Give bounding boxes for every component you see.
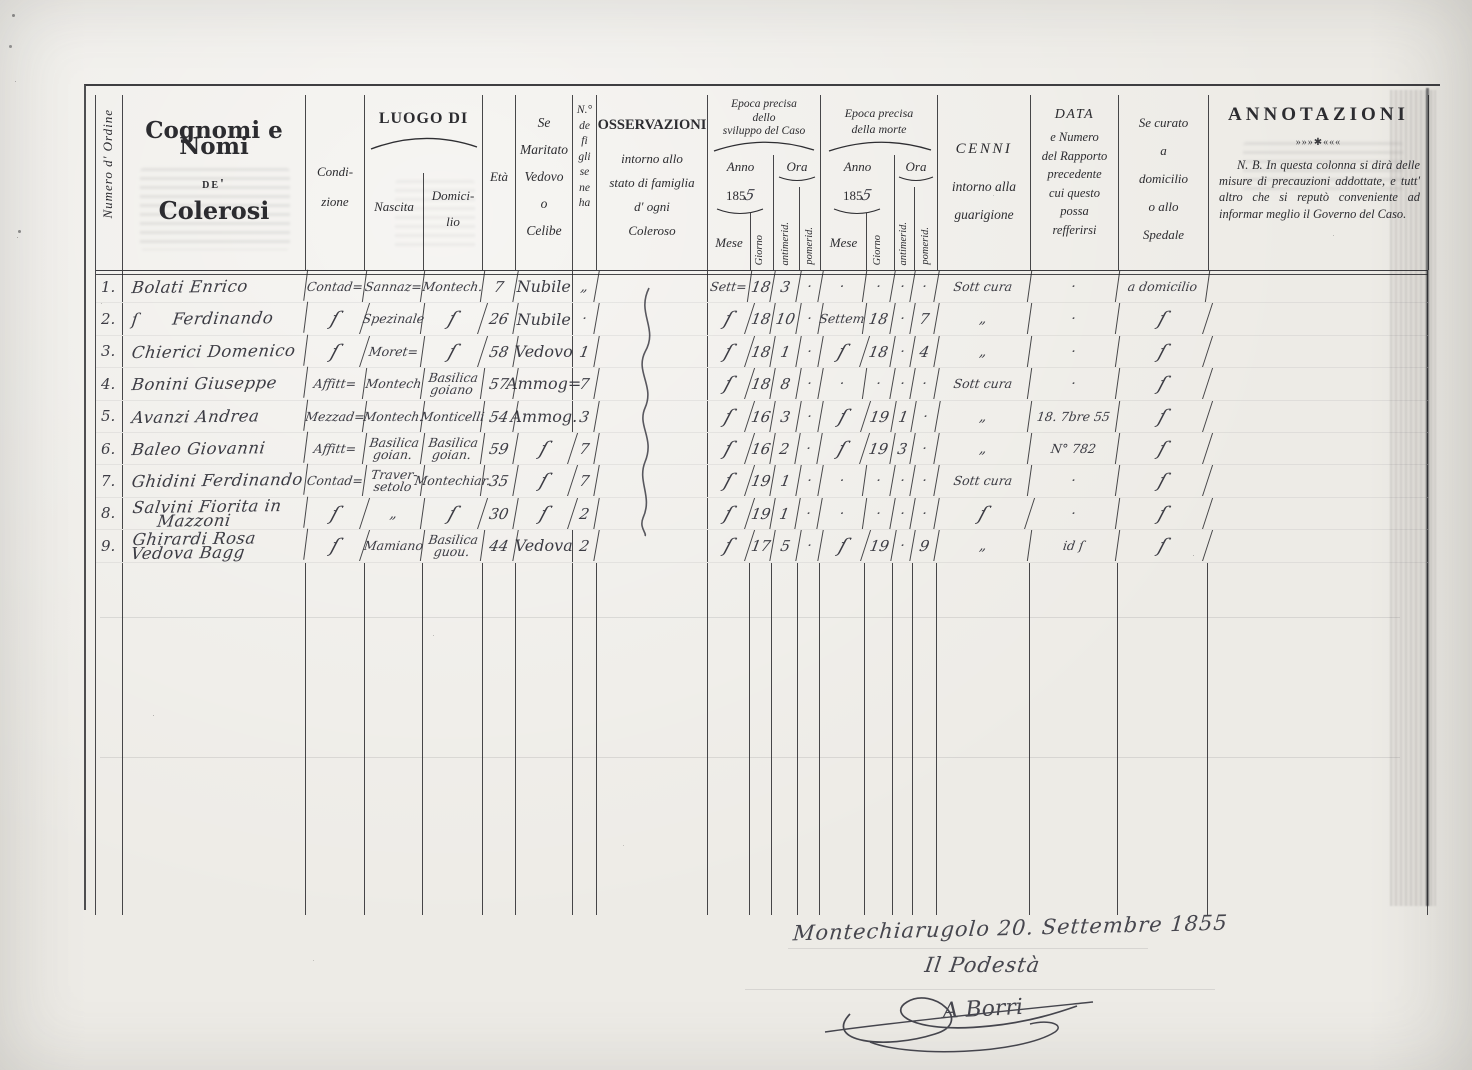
cell-cond: Mezzad= [304,401,367,432]
cell-ann [1208,401,1428,432]
divider [894,155,895,270]
cell-rap: · [1028,498,1120,529]
cell-name: Ghidini Ferdinando [121,464,308,498]
cell-nasc: Mamiano [363,530,425,561]
cell-mm: · [818,498,867,529]
cell-n: 4. [96,368,123,399]
col-stato-civile: Se Maritato Vedovo o Celibe [516,95,573,270]
figli-label: N.° de fi gli se ne ha [573,103,596,212]
cell-stato: ſ [511,433,578,464]
cell-sm: ſ [702,336,754,367]
cell-stato: Nubile [516,303,573,334]
data-title: DATA [1031,107,1118,123]
morte-antimerid-label: antimerid. [898,222,909,265]
empty-column [937,563,1030,915]
sviluppo-pomerid-label: pomerid. [804,227,815,265]
cell-stato: Vedovo [516,336,573,367]
cell-eta: 26 [480,303,519,334]
col-cenni: CENNI intorno alla guarigione [938,95,1031,270]
cell-cur: ſ [1113,498,1213,529]
signature-name: A Borri [940,995,1024,1024]
sviluppo-title: Epoca precisa dello sviluppo del Caso [708,98,820,139]
cell-rap: · [1028,303,1120,334]
cell-stato: Ammog= [516,368,573,399]
luogo-title: LUOGO DI [365,111,482,127]
cell-cond: Affitt= [304,433,367,464]
colgroup-epoca-sviluppo: Epoca precisa dello sviluppo del Caso An… [708,95,821,270]
col-condizione: Condi- zione [306,95,365,270]
empty-column [772,563,798,915]
cell-nasc: Spezinale [363,303,425,334]
cell-figli: · [570,303,600,334]
colgroup-epoca-morte: Epoca precisa della morte Anno Ora 1855 … [821,95,938,270]
cell-rap: id ſ [1028,530,1120,561]
luogo-brace [369,135,479,151]
empty-column [1030,563,1118,915]
scanned-register-page: Numero d' Ordine Cognomi e Nomi de' Cole… [0,0,1472,1070]
table-row: 2.ſ FerdinandoſSpezinaleſ26Nubile·ſ1810·… [96,303,1428,335]
empty-column [123,563,306,915]
cell-sm: ſ [702,433,754,464]
cell-cenni: ſ [932,498,1035,529]
cell-dom: ſ [418,498,488,529]
osservazioni-title: OSSERVAZIONI [597,117,707,133]
colgroup-luogo: LUOGO DI Nascita Domici- lio [365,95,483,270]
cell-figli: 3 [570,401,600,432]
col-eta: Età [483,95,516,270]
cell-cond: Affitt= [304,368,367,399]
cell-sm: ſ [702,498,754,529]
cell-cenni: Sott cura [935,271,1032,302]
cell-cenni: Sott cura [935,465,1032,496]
morte-brace [827,139,933,153]
cell-ann [1208,465,1428,496]
cell-dom: Basilica goiano [421,368,485,399]
table-body: 1.Bolati EnricoContad=Sannaz=Montech.7Nu… [96,271,1428,563]
cell-cur: ſ [1113,368,1213,399]
cell-nasc: Montech. [363,401,425,432]
empty-column [750,563,773,915]
cell-figli: 7 [570,368,600,399]
divider [799,187,800,270]
col-numero-figli: N.° de fi gli se ne ha [573,95,597,270]
cell-cond: ſ [301,303,370,334]
cell-n: 2. [96,303,123,334]
morte-ora-label: Ora [894,159,938,175]
paper-specks [12,14,15,17]
curato-label: Se curato a domicilio o allo Spedale [1119,109,1208,249]
cell-ann [1208,433,1428,464]
morte-giorno-label: Giorno [872,235,883,265]
table-row: 7.Ghidini FerdinandoContad=Traver- setol… [96,465,1428,497]
sviluppo-anno-brace [716,207,764,217]
morte-anno-brace [833,207,881,217]
cell-figli: 7 [570,433,600,464]
table-row: 4.Bonini GiuseppeAffitt=MontechBasilica … [96,368,1428,400]
nascita-label: Nascita [365,199,423,215]
cell-name: Bonini Giuseppe [121,367,308,401]
footer-dateline: Montechiarugolo 20. Settembre 1855 [792,911,1229,946]
cell-cond: Contad= [304,465,367,496]
cell-rap: 18. 7bre 55 [1028,401,1120,432]
table-row: 6.Baleo GiovanniAffitt=Basilica goian.Ba… [96,433,1428,465]
cell-figli: 7 [570,465,600,496]
cenni-title: CENNI [938,141,1030,157]
cell-cur: ſ [1113,465,1213,496]
condizione-label: Condi- zione [306,157,364,217]
cell-dom: Basilica goian. [421,433,485,464]
cell-n: 1. [96,271,123,302]
empty-column [516,563,573,915]
col-annotazioni: ANNOTAZIONI »»»✱««« N. B. In questa colo… [1209,95,1429,270]
cell-ann [1208,303,1428,334]
cell-name: Avanzi Andrea [121,399,308,433]
sviluppo-mese-label: Mese [708,235,750,251]
cell-cenni: „ [935,401,1032,432]
cell-nasc: Basilica goian. [363,433,425,464]
cell-name: Bolati Enrico [121,270,308,304]
morte-anno-label: Anno [821,159,894,175]
cell-ann [1208,530,1428,561]
stato-label: Se Maritato Vedovo o Celibe [516,109,572,244]
cell-n: 7. [96,465,123,496]
cell-dom: Montechiar. [421,465,485,496]
cognomi-de: de' [123,177,305,193]
col-data-rapporto: DATA e Numero del Rapporto precedente cu… [1031,95,1119,270]
divider [773,155,774,270]
cell-name: ſ Ferdinando [121,302,308,336]
cell-ann [1208,336,1428,367]
cell-eta: 54 [480,401,519,432]
cell-cenni: Sott cura [935,368,1032,399]
empty-column [573,563,597,915]
cell-nasc: „ [363,498,425,529]
col-se-curato: Se curato a domicilio o allo Spedale [1119,95,1209,270]
table-row: 8.Salvini Fiorita in Mazzoniſ„ſ30ſ2ſ191·… [96,498,1428,530]
sviluppo-ora-brace [778,175,816,184]
cell-dom: ſ [418,303,488,334]
table-row: 3.Chierici DomenicoſMoret=ſ58Vedovo1ſ181… [96,336,1428,368]
cell-cenni: „ [935,530,1032,561]
cell-n: 9. [96,530,123,561]
cell-figli: 1 [570,336,600,367]
morte-mese-label: Mese [821,235,866,251]
annotazioni-title: ANNOTAZIONI [1209,107,1428,123]
empty-column [96,563,123,915]
cell-dom: Montech. [421,271,485,302]
cell-mm: · [818,368,867,399]
cenni-sub: intorno alla guarigione [938,173,1030,229]
cell-name: Chierici Domenico [121,335,308,369]
cell-n: 8. [96,498,123,529]
cell-cur: a domicilio [1116,271,1210,302]
sviluppo-antimerid-label: antimerid. [780,222,791,265]
table-row: 9.Ghirardi Rosa Vedova BaggſMamianoBasil… [96,530,1428,562]
cell-stato: Vedova [516,530,573,561]
cell-mm: Settem [818,303,867,334]
cell-stato: Nubile [516,271,573,302]
cell-cond: ſ [301,498,370,529]
cell-name: Baleo Giovanni [121,432,308,466]
cell-mm: ſ [815,530,870,561]
cell-sm: ſ [702,303,754,334]
numero-ordine-label: Numero d' Ordine [100,109,116,219]
empty-column [365,563,423,915]
cell-dom: ſ [418,336,488,367]
table-row: 5.Avanzi AndreaMezzad=Montech.Monticelli… [96,401,1428,433]
empty-column [708,563,750,915]
cell-nasc: Sannaz= [363,271,425,302]
cell-cenni: „ [935,303,1032,334]
cell-rap: · [1028,465,1120,496]
table-empty-rows [96,563,1428,915]
cell-cur: ſ [1113,401,1213,432]
annotazioni-nb: N. B. In questa colonna si dirà delle mi… [1219,157,1420,222]
pencil-line [100,757,1400,758]
sviluppo-ora-label: Ora [773,159,821,175]
cell-eta: 58 [480,336,519,367]
cell-cond: ſ [301,336,370,367]
cell-dom: Monticelli [421,401,485,432]
pencil-line [788,948,1148,949]
empty-column [597,563,708,915]
empty-column [820,563,865,915]
cell-cur: ſ [1113,336,1213,367]
cell-sm: ſ [702,368,754,399]
osservazioni-sub: intorno allo stato di famiglia d' ogni C… [597,147,707,243]
cell-dom: Basilica guou. [421,530,485,561]
cell-mm: ſ [815,401,870,432]
cell-rap: · [1028,336,1120,367]
divider [750,213,751,270]
pencil-line [100,617,1400,618]
empty-column [893,563,913,915]
cell-n: 5. [96,401,123,432]
cell-cenni: „ [935,336,1032,367]
col-osservazioni: OSSERVAZIONI intorno allo stato di famig… [597,95,708,270]
cell-rap: · [1028,271,1120,302]
divider [914,187,915,270]
cell-sm: ſ [703,401,755,432]
eta-label: Età [483,169,515,185]
cell-sm: ſ [703,530,755,561]
sviluppo-anno-label: Anno [708,159,773,175]
cell-ann [1208,271,1428,302]
cell-ann [1208,498,1428,529]
empty-column [1208,563,1428,915]
sviluppo-giorno-label: Giorno [754,235,765,265]
register-table: Numero d' Ordine Cognomi e Nomi de' Cole… [95,95,1428,915]
morte-ora-brace [898,175,934,184]
empty-column [913,563,937,915]
cell-sm: ſ [702,465,754,496]
cell-nasc: Moret= [363,336,425,367]
signature: A Borri [815,972,1105,1060]
cell-eta: 44 [480,530,519,561]
morte-pomerid-label: pomerid. [920,227,931,265]
cell-name: Ghirardi Rosa Vedova Bagg [121,529,308,563]
morte-anno-num: 1855 [821,187,894,204]
empty-column [1118,563,1208,915]
cell-eta: 7 [480,271,519,302]
empty-column [423,563,483,915]
col-numero-ordine: Numero d' Ordine [96,95,123,270]
cell-cur: ſ [1113,433,1213,464]
cell-figli: „ [570,271,600,302]
empty-column [306,563,365,915]
cell-stato: ſ [511,498,578,529]
cognomi-colerosi: Colerosi [123,203,305,219]
annotazioni-ornament: »»»✱««« [1209,135,1428,151]
cell-stato: ſ [511,465,578,496]
cell-stato: Ammog. [516,401,573,432]
cell-cur: ſ [1113,530,1213,561]
cell-cond: ſ [301,530,370,561]
cell-rap: · [1028,368,1120,399]
cell-nasc: Montech [363,368,425,399]
cognomi-title: Cognomi e Nomi [123,123,305,155]
cell-n: 3. [96,336,123,367]
cell-cenni: „ [935,433,1032,464]
cell-cur: ſ [1113,303,1213,334]
cell-eta: 57 [480,368,519,399]
sviluppo-brace [712,139,816,153]
table-header: Numero d' Ordine Cognomi e Nomi de' Cole… [96,95,1428,271]
osservazioni-squiggle [632,286,660,538]
empty-column [483,563,516,915]
cell-n: 6. [96,433,123,464]
empty-column [865,563,893,915]
data-sub: e Numero del Rapporto precedente cui que… [1031,128,1118,239]
table-row: 1.Bolati EnricoContad=Sannaz=Montech.7Nu… [96,271,1428,303]
cell-figli: 2 [570,498,600,529]
cell-sm: Sett= [705,271,751,302]
cell-name: Salvini Fiorita in Mazzoni [121,496,308,530]
cell-cond: Contad= [304,271,367,302]
cell-figli: 2 [570,530,600,561]
morte-title: Epoca precisa della morte [821,105,937,137]
sviluppo-anno-num: 1855 [708,187,773,204]
divider [866,213,867,270]
col-cognomi: Cognomi e Nomi de' Colerosi [123,95,306,270]
domicilio-label: Domici- lio [423,183,483,235]
cell-mm: · [818,271,867,302]
cell-ann [1208,368,1428,399]
cell-rap: N° 782 [1028,433,1120,464]
cell-mm: · [818,465,867,496]
empty-column [798,563,820,915]
